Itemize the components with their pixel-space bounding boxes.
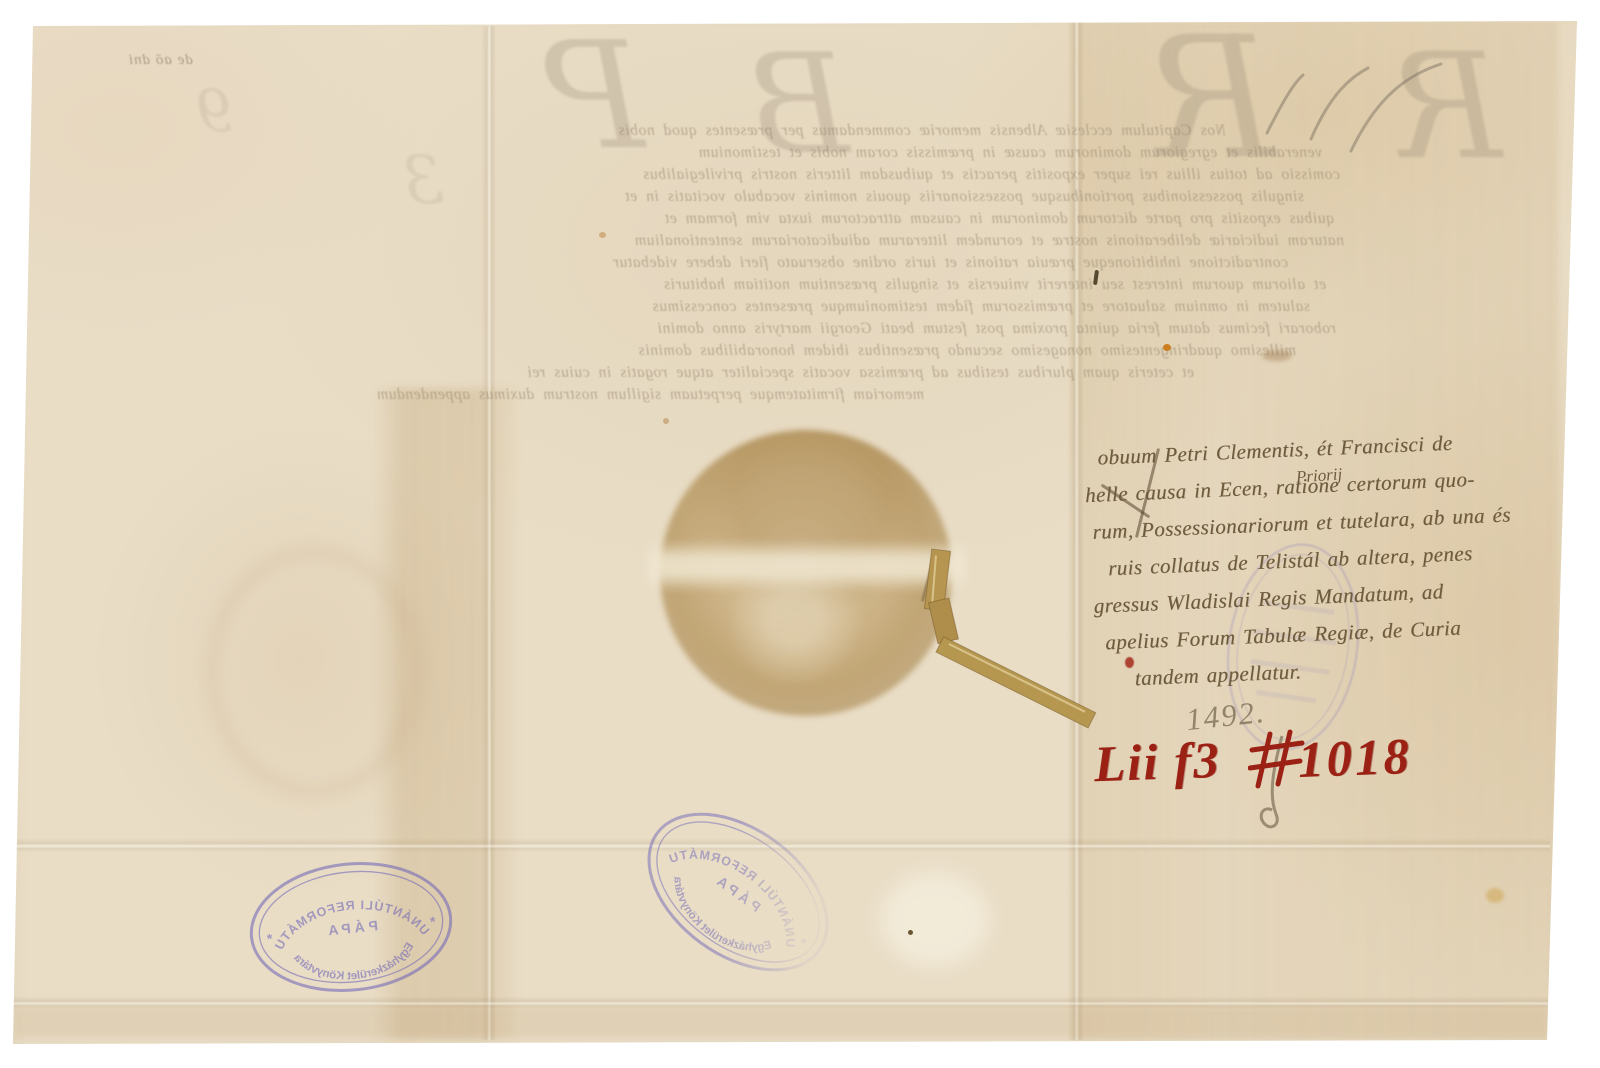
stamp-middle-text: PÁPA [323,917,378,939]
pencil-w-mark [1255,35,1475,155]
bleedthrough-text-block: Nos Capitulum ecclesiæ Albensis memoriæ … [88,120,1344,406]
bleedthrough-line: Nos Capitulum ecclesiæ Albensis memoriæ … [88,120,1226,142]
tan-speck [599,232,606,238]
library-stamp-bottom-center: DUNÁNTÚLI REFORMÁTUS PÁPA * Egyházkerüle… [616,804,866,984]
red-shelfmark-left: Lii f3 [1093,732,1222,794]
yellow-spot [1486,888,1504,903]
bleedthrough-line: millesimo quadringentesimo nonagesimo se… [88,340,1296,362]
seal-tag-strip [900,540,1115,765]
red-fleck [1125,657,1134,668]
bleedthrough-line: et aliorum quorum interest seu intererit… [88,274,1326,296]
bleedthrough-line: quibus expositis pro parte dictorum domi… [88,208,1334,230]
archival-note-insert-word: Priorij [1295,464,1343,487]
tan-speck [663,418,669,424]
bottom-edge-stain [13,1006,1549,1038]
dark-speck [908,930,913,935]
bleedthrough-line: roborari fecimus datum feria quinta prox… [88,318,1336,340]
svg-text:Egyházkerület Könyvtára: Egyházkerület Könyvtára [290,939,419,988]
red-shelfmark-number: 1018 [1297,728,1413,790]
library-stamp-bottom-left: DUNÁNTÚLI REFORMÁTUS PÁPA * * Egyházkerü… [238,848,464,1006]
parchment-sheet: de aō dni P B R R 9 3 Nos Capitulum eccl… [0,0,1600,1068]
bleedthrough-line: comissio ad totius illius rei super expo… [88,164,1340,186]
archival-note-block: obuum Petri Clementis, ét Francisci de h… [1083,420,1579,699]
bleedthrough-line: et ceteris quam pluribus testibus ad præ… [88,362,1194,384]
bleedthrough-line: singulis possessionibus portionibusque p… [88,186,1304,208]
bleedthrough-line: contradictione inhibitioneque præuia rat… [88,252,1288,274]
bleedthrough-line: memoriam firmitatemque perpetuam sigillu… [88,384,924,406]
stamp-bottom-text: Egyházkerület Könyvtára [290,939,419,988]
photograph-stage: de aō dni P B R R 9 3 Nos Capitulum eccl… [0,0,1600,1068]
orange-speck [1163,344,1171,351]
stamp-star: * [266,930,274,947]
brown-smudge [1262,350,1292,361]
bleedthrough-line: venerabilis et egregiorum dominorum caus… [88,142,1322,164]
bleedthrough-line: naturam iudiciariæ deliberationis nostræ… [88,230,1344,252]
bleedthrough-date-note: de aō dni [128,52,193,69]
seal-offset-ghost [205,545,423,798]
stamp-star: * [795,934,809,950]
bleedthrough-line: salutem in omnium saluatore et præmissor… [88,296,1310,318]
worn-patch [880,872,990,967]
